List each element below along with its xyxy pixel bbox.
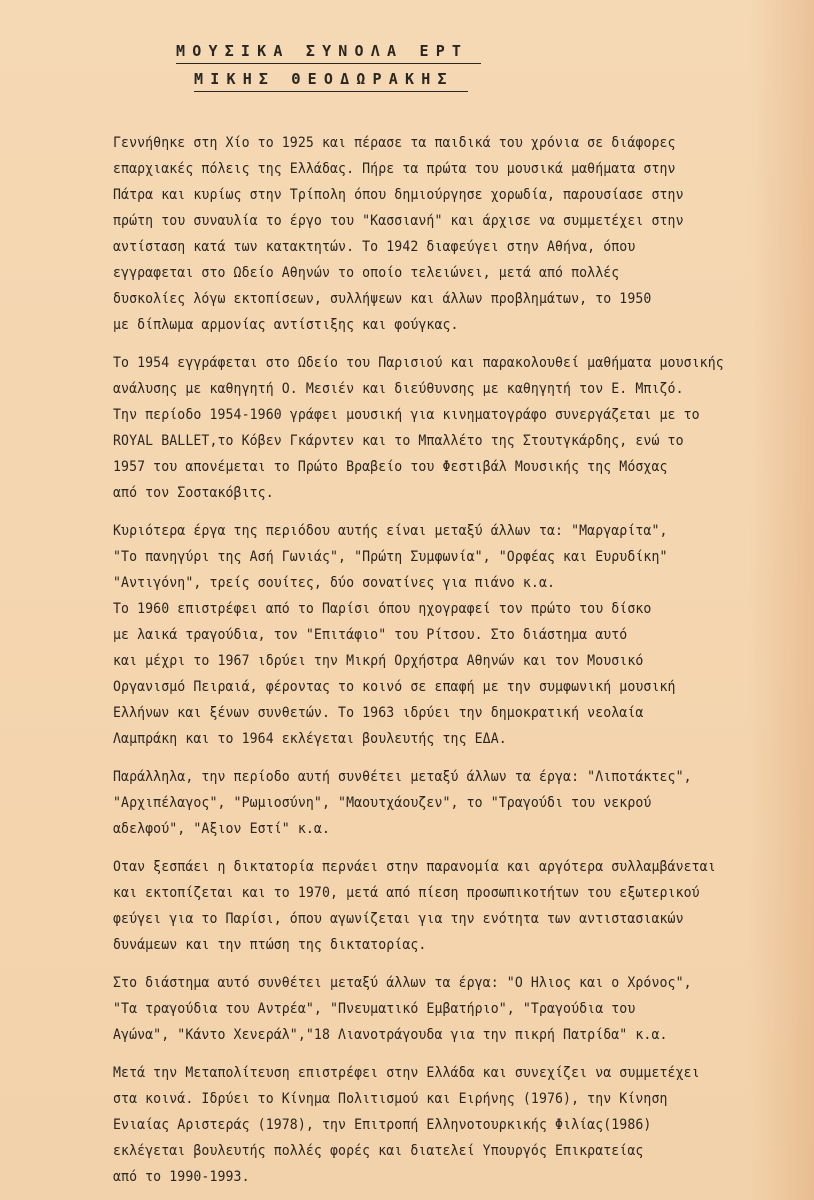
paragraph-exile-works: Στο διάστημα αυτό συνθέτει μεταξύ άλλων … [113, 970, 803, 1048]
text-line: "Τα τραγούδια του Αντρέα", "Πνευματικό Ε… [113, 996, 755, 1022]
text-line: Γεννήθηκε στη Χίο το 1925 και πέρασε τα … [113, 130, 755, 156]
text-line: ROYAL BALLET,το Κόβεν Γκάρντεν και το Μπ… [113, 428, 755, 454]
text-line: με δίπλωμα αρμονίας αντίστιξης και φούγκ… [113, 312, 755, 338]
title-person-name: ΜΙΚΗΣ ΘΕΟΔΩΡΑΚΗΣ [194, 68, 468, 92]
document-page: ΜΟΥΣΙΚΑ ΣΥΝΟΛΑ ΕΡΤ ΜΙΚΗΣ ΘΕΟΔΩΡΑΚΗΣ Γενν… [0, 0, 814, 1200]
text-line: Κυριότερα έργα της περιόδου αυτής είναι … [113, 518, 755, 544]
text-line: Την περίοδο 1954-1960 γράφει μουσική για… [113, 402, 755, 428]
paragraph-dictatorship: Οταν ξεσπάει η δικτατορία περνάει στην π… [113, 854, 803, 958]
paragraph-metapolitefsi: Μετά την Μεταπολίτευση επιστρέφει στην Ε… [113, 1060, 803, 1190]
text-line: Το 1954 εγγράφεται στο Ωδείο του Παρισιο… [113, 350, 755, 376]
text-line: Ενιαίας Αριστεράς (1978), την Επιτροπή Ε… [113, 1112, 755, 1138]
paragraph-paris-studies: Το 1954 εγγράφεται στο Ωδείο του Παρισιο… [113, 350, 803, 506]
text-line: και μέχρι το 1967 ιδρύει την Μικρή Ορχήσ… [113, 648, 755, 674]
text-line: εκλέγεται βουλευτής πολλές φορές και δια… [113, 1138, 755, 1164]
title-block: ΜΟΥΣΙΚΑ ΣΥΝΟΛΑ ΕΡΤ ΜΙΚΗΣ ΘΕΟΔΩΡΑΚΗΣ [176, 40, 476, 92]
text-line: "Αρχιπέλαγος", "Ρωμιοσύνη", "Μαουτχάουζε… [113, 790, 755, 816]
text-line: 1957 του απονέμεται το Πρώτο Βραβείο του… [113, 454, 755, 480]
text-line: αδελφού", "Αξιον Εστί" κ.α. [113, 816, 755, 842]
text-line: Οργανισμό Πειραιά, φέροντας το κοινό σε … [113, 674, 755, 700]
text-line: Το 1960 επιστρέφει από το Παρίσι όπου ηχ… [113, 596, 755, 622]
paragraph-parallel-works: Παράλληλα, την περίοδο αυτή συνθέτει μετ… [113, 764, 803, 842]
text-line: με λαικά τραγούδια, τον "Επιτάφιο" του Ρ… [113, 622, 755, 648]
text-line: από το 1990-1993. [113, 1164, 755, 1190]
text-line: δυσκολίες λόγω εκτοπίσεων, συλλήψεων και… [113, 286, 755, 312]
text-line: επαρχιακές πόλεις της Ελλάδας. Πήρε τα π… [113, 156, 755, 182]
text-line: πρώτη του συναυλία το έργο του "Κασσιανή… [113, 208, 755, 234]
text-line: Μετά την Μεταπολίτευση επιστρέφει στην Ε… [113, 1060, 755, 1086]
text-line: εγγραφεται στο Ωδείο Αθηνών το οποίο τελ… [113, 260, 755, 286]
text-line: "Το πανηγύρι της Ασή Γωνιάς", "Πρώτη Συμ… [113, 544, 755, 570]
paragraph-major-works-1960s: Κυριότερα έργα της περιόδου αυτής είναι … [113, 518, 803, 752]
text-line: Αγώνα", "Κάντο Χενεράλ","18 Λιανοτράγουδ… [113, 1022, 755, 1048]
text-line: Πάτρα και κυρίως στην Τρίπολη όπου δημιο… [113, 182, 755, 208]
text-line: Παράλληλα, την περίοδο αυτή συνθέτει μετ… [113, 764, 755, 790]
text-line: Οταν ξεσπάει η δικτατορία περνάει στην π… [113, 854, 755, 880]
text-line: και εκτοπίζεται και το 1970, μετά από πί… [113, 880, 755, 906]
text-line: φεύγει για το Παρίσι, όπου αγωνίζεται γι… [113, 906, 755, 932]
text-line: αντίσταση κατά των κατακτητών. Το 1942 δ… [113, 234, 755, 260]
document-body: Γεννήθηκε στη Χίο το 1925 και πέρασε τα … [113, 130, 803, 1190]
text-line: Λαμπράκη και το 1964 εκλέγεται βουλευτής… [113, 726, 755, 752]
text-line: "Αντιγόνη", τρείς σουίτες, δύο σονατίνες… [113, 570, 755, 596]
text-line: Ελλήνων και ξένων συνθετών. Το 1963 ιδρύ… [113, 700, 755, 726]
text-line: ανάλυσης με καθηγητή Ο. Μεσιέν και διεύθ… [113, 376, 755, 402]
paragraph-early-life: Γεννήθηκε στη Χίο το 1925 και πέρασε τα … [113, 130, 803, 338]
text-line: από τον Σοστακόβιτς. [113, 480, 755, 506]
title-organization: ΜΟΥΣΙΚΑ ΣΥΝΟΛΑ ΕΡΤ [176, 40, 481, 64]
text-line: δυνάμεων και την πτώση της δικτατορίας. [113, 932, 755, 958]
text-line: στα κοινά. Ιδρύει το Κίνημα Πολιτισμού κ… [113, 1086, 755, 1112]
text-line: Στο διάστημα αυτό συνθέτει μεταξύ άλλων … [113, 970, 755, 996]
